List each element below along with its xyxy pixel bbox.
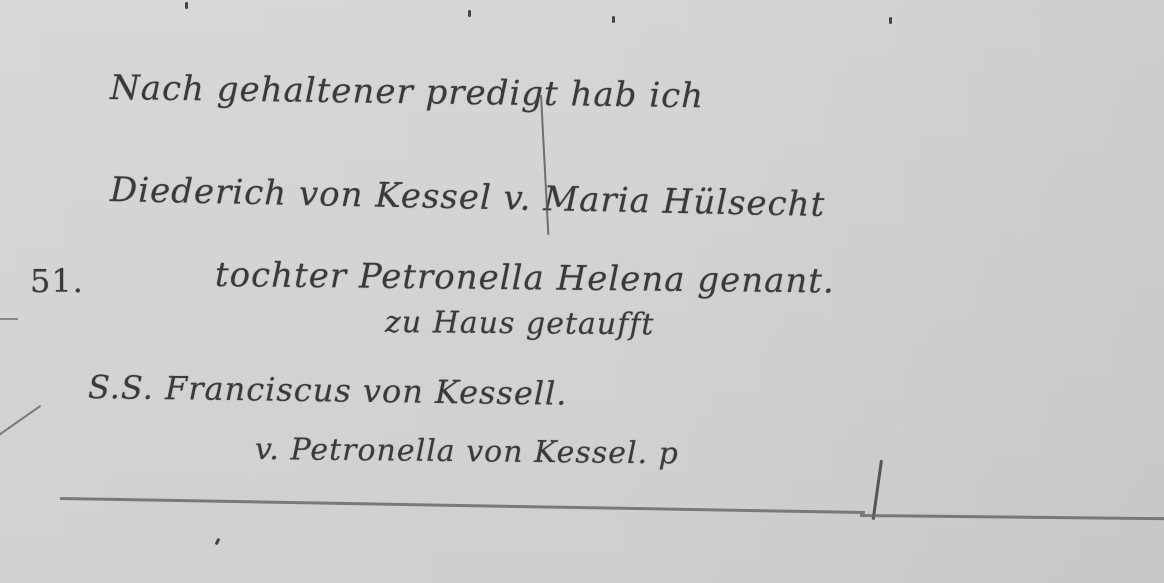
ink-speck [612, 16, 615, 23]
ink-speck [889, 17, 892, 24]
margin-entry-number: 51. [30, 262, 84, 300]
ink-speck [185, 2, 188, 9]
flourish-tail-stroke [872, 460, 883, 520]
entry-separator-line [60, 497, 865, 514]
line-2-parents: Diederich von Kessel v. Maria Hülsecht [110, 170, 826, 225]
ink-speck [468, 10, 471, 17]
line-5-godfather: S.S. Franciscus von Kessell. [88, 368, 568, 413]
entry-separator-line-end [860, 514, 1164, 520]
margin-dash [0, 318, 18, 320]
ink-speck [215, 538, 221, 546]
margin-slash-stroke [0, 405, 41, 447]
line-4-baptism-place: zu Haus getaufft [385, 305, 655, 342]
scanned-register-page: Nach gehaltener predigt hab ich Diederic… [0, 0, 1164, 583]
line-6-godmother: v. Petronella von Kessel. p [255, 432, 679, 471]
line-3-child-name: tochter Petronella Helena genant. [215, 255, 835, 301]
line-1-opening: Nach gehaltener predigt hab ich [110, 68, 705, 116]
